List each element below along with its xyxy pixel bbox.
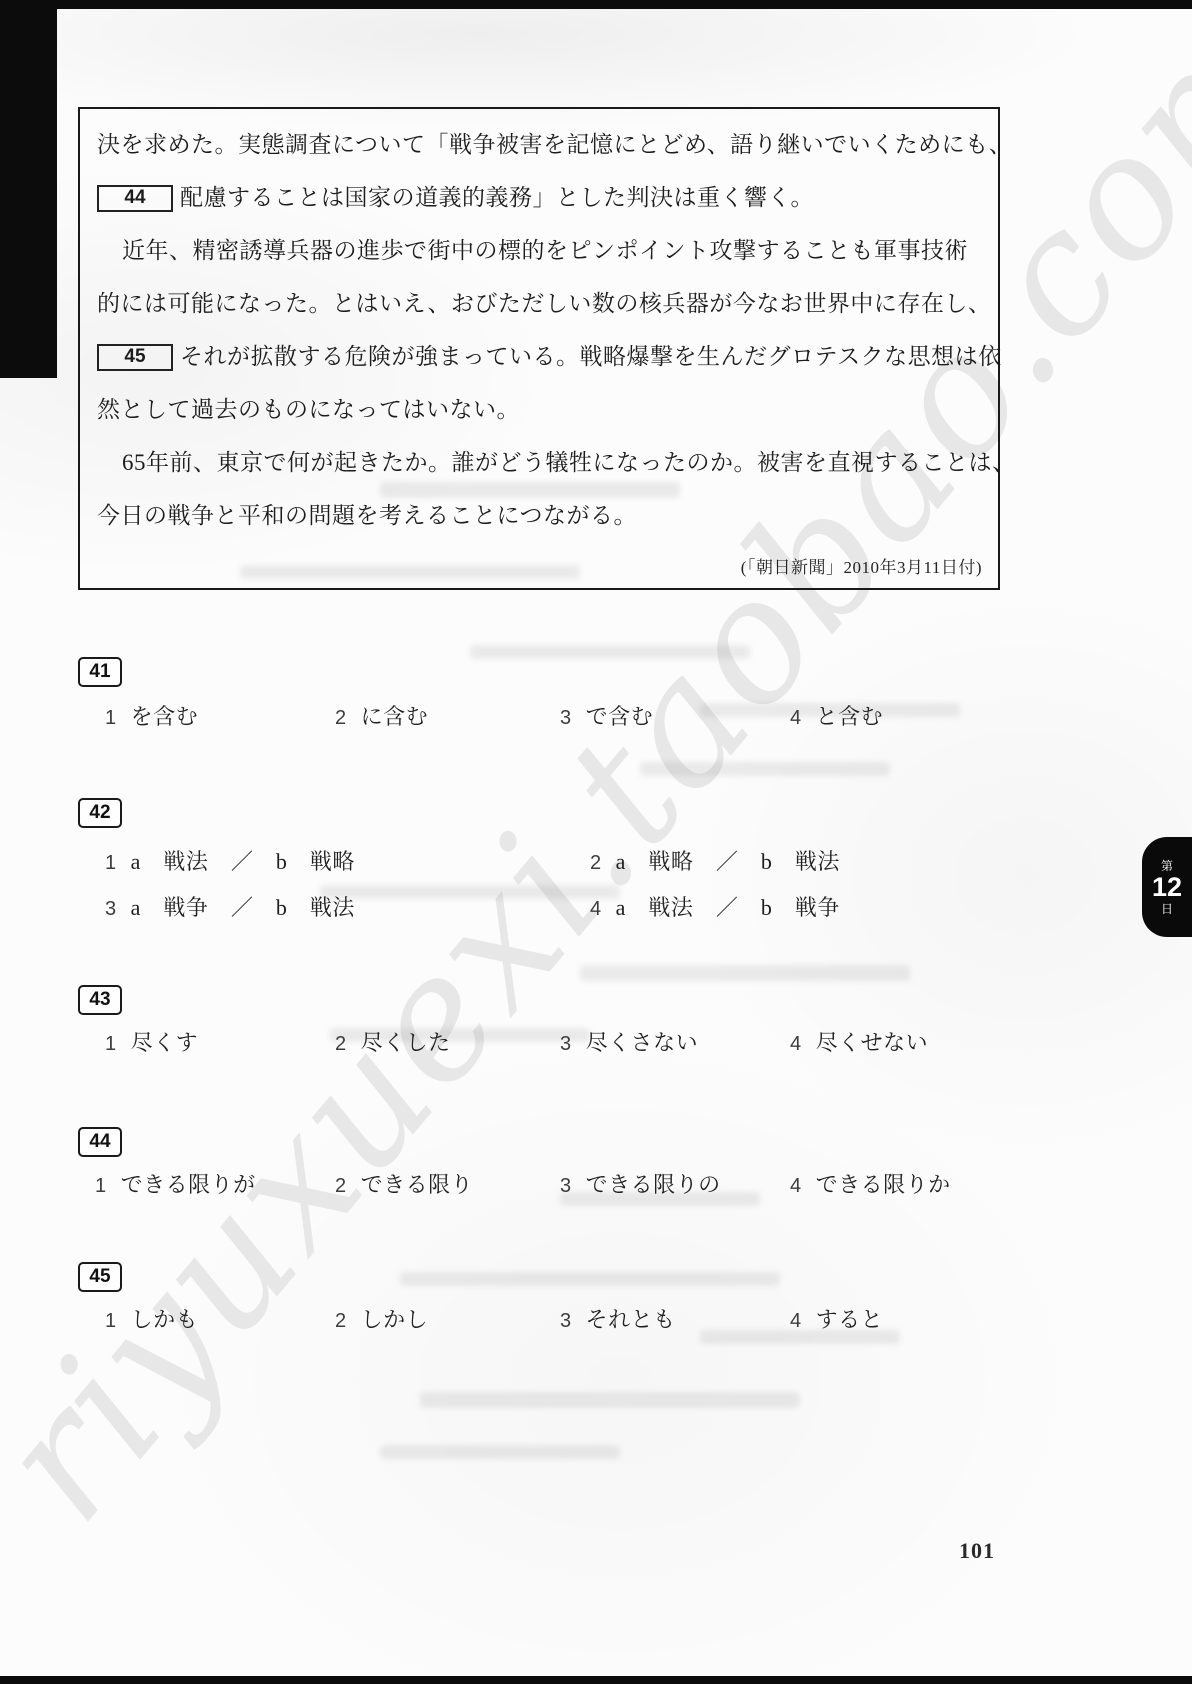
option-text: それとも (586, 1307, 676, 1332)
option-number: 4 (790, 1310, 802, 1332)
option-text: できる限り (361, 1172, 474, 1197)
option-41-1: 1を含む (105, 700, 198, 731)
passage-line-text: 然として過去のものになってはいない。 (97, 395, 520, 425)
option-42-1: 1a 戦法 ／ b 戦略 (105, 845, 355, 876)
option-number: 4 (790, 1033, 802, 1055)
option-43-2: 2尽くした (335, 1026, 451, 1057)
option-42-2: 2a 戦略 ／ b 戦法 (590, 845, 840, 876)
option-text: a 戦略 ／ b 戦法 (616, 849, 840, 874)
passage-line-text: 近年、精密誘導兵器の進歩で街中の標的をピンポイント攻撃することも軍事技術 (122, 236, 968, 266)
option-text: 尽くせない (816, 1030, 929, 1055)
citation: (「朝日新聞」2010年3月11日付) (741, 553, 982, 578)
scan-edge-left (0, 0, 57, 378)
question-45: 451しかも2しかし3それとも4すると (78, 1262, 1078, 1343)
option-text: 尽くした (361, 1030, 451, 1055)
passage-line: 的には可能になった。とはいえ、おびただしい数の核兵器が今なお世界中に存在し、 (97, 289, 987, 319)
option-41-2: 2に含む (335, 700, 428, 731)
passage-line: 65年前、東京で何が起きたか。誰がどう犠牲になったのか。被害を直視することは、 (97, 448, 1012, 478)
option-number: 3 (560, 1033, 572, 1055)
option-text: に含む (361, 704, 429, 729)
question-number-45: 45 (78, 1262, 122, 1292)
passage-line-text: 決を求めた。実態調査について「戦争被害を記憶にとどめ、語り継いでいくためにも、 (97, 130, 1012, 160)
day-tab-number: 12 (1152, 874, 1182, 901)
option-42-4: 4a 戦法 ／ b 戦争 (590, 891, 840, 922)
passage-line: 然として過去のものになってはいない。 (97, 395, 987, 425)
option-number: 1 (105, 707, 117, 729)
day-tab: 第 12 日 (1142, 837, 1192, 937)
scanned-page: riyuxuexi.taobao.com 決を求めた。実態調査について「戦争被害… (0, 0, 1192, 1684)
blank-box-45: 45 (97, 344, 173, 371)
option-text: しかし (361, 1307, 429, 1332)
passage-line: 決を求めた。実態調査について「戦争被害を記憶にとどめ、語り継いでいくためにも、 (97, 130, 987, 160)
option-45-1: 1しかも (105, 1303, 198, 1334)
passage-line: 45それが拡散する危険が強まっている。戦略爆撃を生んだグロテスクな思想は依 (97, 342, 987, 372)
option-number: 2 (335, 1033, 347, 1055)
question-41: 411を含む2に含む3で含む4と含む (78, 657, 1078, 740)
option-text: しかも (131, 1307, 199, 1332)
option-number: 3 (560, 1310, 572, 1332)
option-43-4: 4尽くせない (790, 1026, 928, 1057)
passage-line: 今日の戦争と平和の問題を考えることにつながる。 (97, 501, 987, 531)
scan-artifact (580, 965, 910, 981)
blank-box-44: 44 (97, 185, 173, 212)
passage-line: 近年、精密誘導兵器の進歩で街中の標的をピンポイント攻撃することも軍事技術 (97, 236, 1012, 266)
option-number: 1 (95, 1175, 107, 1197)
option-text: と含む (816, 704, 884, 729)
option-44-1: 1できる限りが (95, 1168, 256, 1199)
question-44: 441できる限りが2できる限り3できる限りの4できる限りか (78, 1127, 1078, 1208)
option-44-4: 4できる限りか (790, 1168, 951, 1199)
option-44-2: 2できる限り (335, 1168, 473, 1199)
option-number: 3 (105, 898, 117, 920)
passage-line-text: 配慮することは国家の道義的義務」とした判決は重く響く。 (180, 183, 814, 213)
question-43: 431尽くす2尽くした3尽くさない4尽くせない (78, 985, 1078, 1066)
day-tab-suffix: 日 (1161, 903, 1173, 915)
question-number-43: 43 (78, 985, 122, 1015)
option-number: 4 (590, 898, 602, 920)
option-text: で含む (586, 704, 654, 729)
option-text: すると (816, 1307, 884, 1332)
passage-box: 決を求めた。実態調査について「戦争被害を記憶にとどめ、語り継いでいくためにも、4… (78, 107, 1000, 590)
question-number-42: 42 (78, 798, 122, 828)
passage-line-text: 的には可能になった。とはいえ、おびただしい数の核兵器が今なお世界中に存在し、 (97, 289, 991, 319)
option-text: a 戦法 ／ b 戦略 (131, 849, 355, 874)
scan-edge-bottom (0, 1676, 1192, 1684)
option-number: 1 (105, 1033, 117, 1055)
option-43-1: 1尽くす (105, 1026, 198, 1057)
option-number: 1 (105, 852, 117, 874)
option-number: 3 (560, 707, 572, 729)
passage-line-text: 今日の戦争と平和の問題を考えることにつながる。 (97, 501, 637, 531)
option-number: 2 (590, 852, 602, 874)
option-number: 4 (790, 707, 802, 729)
option-number: 1 (105, 1310, 117, 1332)
option-45-3: 3それとも (560, 1303, 676, 1334)
option-42-3: 3a 戦争 ／ b 戦法 (105, 891, 355, 922)
passage-line-text: 65年前、東京で何が起きたか。誰がどう犠牲になったのか。被害を直視することは、 (122, 448, 1016, 478)
scan-edge-top (0, 0, 1192, 9)
scan-artifact (380, 1445, 620, 1459)
question-number-44: 44 (78, 1127, 122, 1157)
option-text: できる限りが (121, 1172, 256, 1197)
option-number: 4 (790, 1175, 802, 1197)
option-text: を含む (131, 704, 199, 729)
option-45-4: 4すると (790, 1303, 883, 1334)
scan-artifact (640, 762, 890, 776)
option-text: 尽くす (131, 1030, 199, 1055)
option-number: 3 (560, 1175, 572, 1197)
option-43-3: 3尽くさない (560, 1026, 698, 1057)
option-number: 2 (335, 1175, 347, 1197)
option-text: できる限りの (586, 1172, 721, 1197)
option-text: できる限りか (816, 1172, 951, 1197)
scan-artifact (420, 1392, 800, 1408)
option-text: a 戦争 ／ b 戦法 (131, 895, 355, 920)
option-text: a 戦法 ／ b 戦争 (616, 895, 840, 920)
passage-line-text: それが拡散する危険が強まっている。戦略爆撃を生んだグロテスクな思想は依 (180, 342, 1002, 372)
option-45-2: 2しかし (335, 1303, 428, 1334)
option-44-3: 3できる限りの (560, 1168, 721, 1199)
question-number-41: 41 (78, 657, 122, 687)
option-41-3: 3で含む (560, 700, 653, 731)
page-number: 101 (959, 1538, 995, 1564)
passage-line: 44配慮することは国家の道義的義務」とした判決は重く響く。 (97, 183, 987, 213)
option-41-4: 4と含む (790, 700, 883, 731)
option-number: 2 (335, 1310, 347, 1332)
option-number: 2 (335, 707, 347, 729)
day-tab-prefix: 第 (1161, 860, 1173, 872)
question-42: 421a 戦法 ／ b 戦略2a 戦略 ／ b 戦法3a 戦争 ／ b 戦法4a… (78, 798, 1078, 931)
option-text: 尽くさない (586, 1030, 699, 1055)
